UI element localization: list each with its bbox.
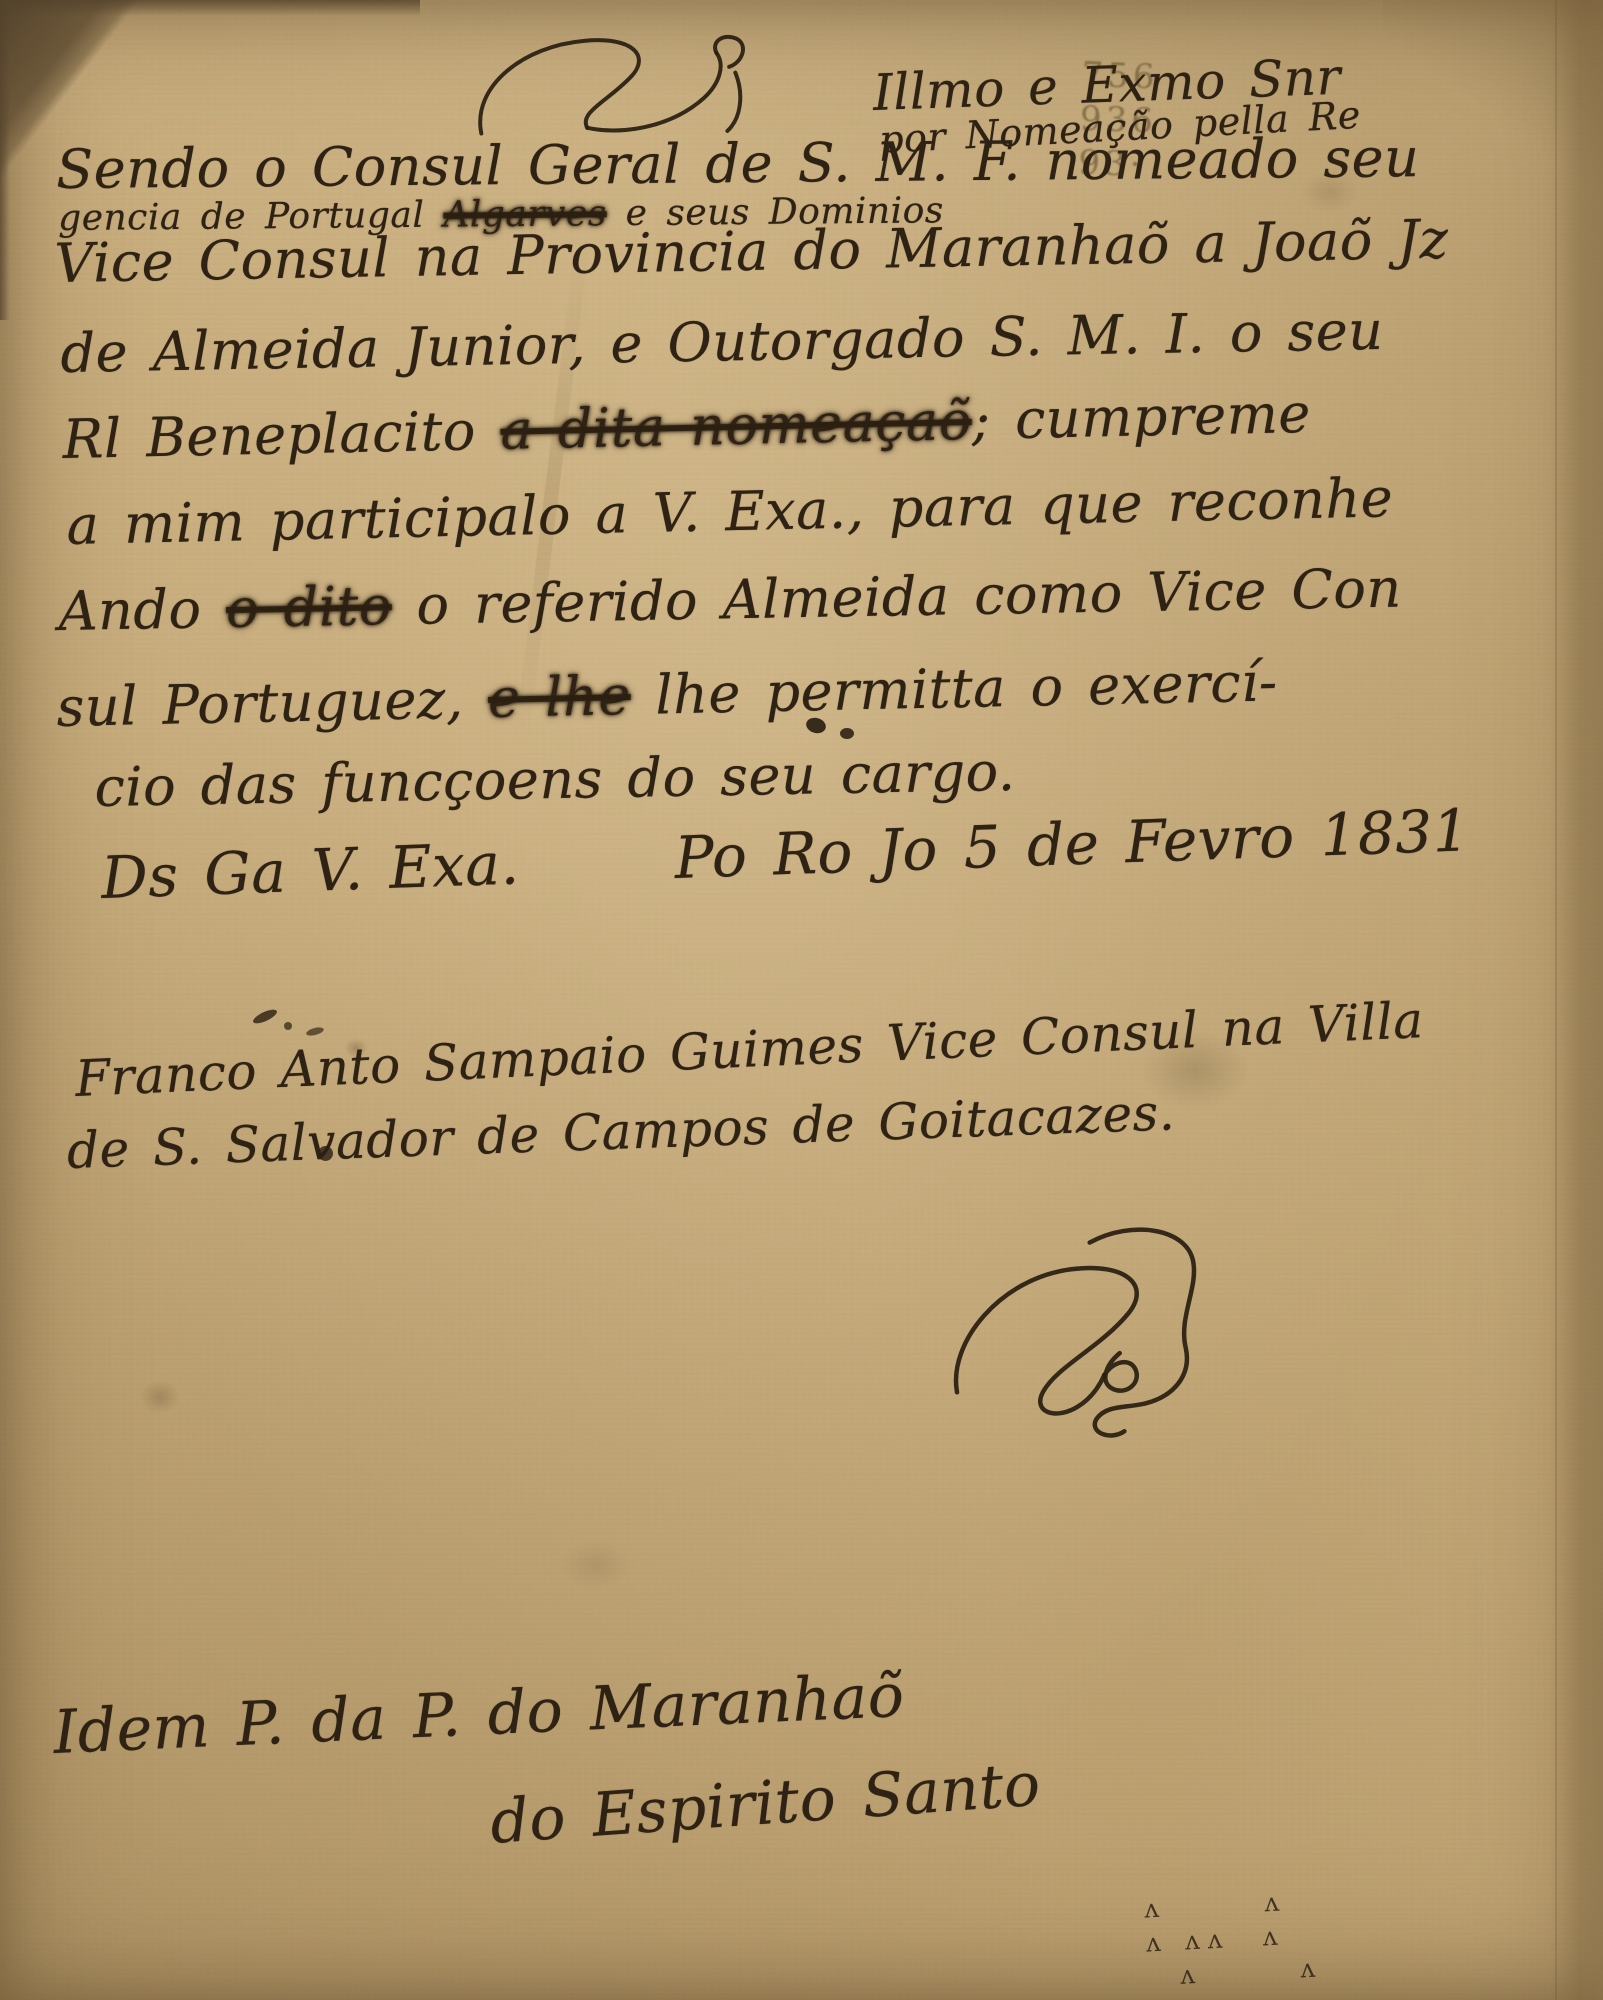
paper-stain [140, 1380, 180, 1414]
body-line-6: Ando o dito o referido Almeida como Vice… [58, 557, 1402, 643]
top-rubric-flourish [466, 27, 780, 146]
body-line-1: Sendo o Consul Geral de S. M. F. nomeado… [56, 126, 1420, 201]
body-line-5: a mim participalo a V. Exa., para que re… [66, 466, 1394, 557]
paper-stain [560, 1540, 630, 1590]
body-line-3: de Almeida Junior, e Outorgado S. M. I. … [60, 299, 1384, 385]
ink-spot [318, 1146, 333, 1161]
ink-flick [251, 1007, 278, 1026]
struck-word: e lhe [487, 664, 631, 730]
signature-rubric-flourish [938, 1222, 1242, 1457]
ink-flick [284, 1022, 292, 1030]
page-edge-right [1551, 0, 1603, 2000]
paper-stain [1140, 1030, 1250, 1110]
struck-phrase: a dita nomeaçaõ [500, 389, 973, 462]
ink-blot [840, 728, 854, 739]
paper-stain [344, 1038, 368, 1058]
body-line-7: sul Portuguez, e lhe lhe permitta o exer… [56, 650, 1278, 739]
page-edge-right-line [1555, 0, 1557, 2000]
footer-line-2: do Espirito Santo [488, 1750, 1043, 1858]
paper-stain [1300, 170, 1360, 214]
body-line-8: cio das funcçoens do seu cargo. [94, 740, 1016, 819]
paper-edge-top [0, 0, 420, 16]
ink-caret-marks: ʌ ʌ ʌ ʌʌ ʌ ʌ ʌ [1143, 1883, 1324, 1994]
footer-line-1: Idem P. da P. do Maranhaõ [52, 1661, 906, 1768]
ink-flick [305, 1026, 324, 1037]
body-line-4: Rl Beneplacito a dita nomeaçaõ; cumpreme [62, 382, 1311, 471]
struck-word: o dito [226, 574, 393, 640]
paper-edge-left [0, 0, 10, 320]
manuscript-page: 756 936 93· Illmo e Exmo Snr por Nomeaçã… [0, 0, 1603, 2000]
